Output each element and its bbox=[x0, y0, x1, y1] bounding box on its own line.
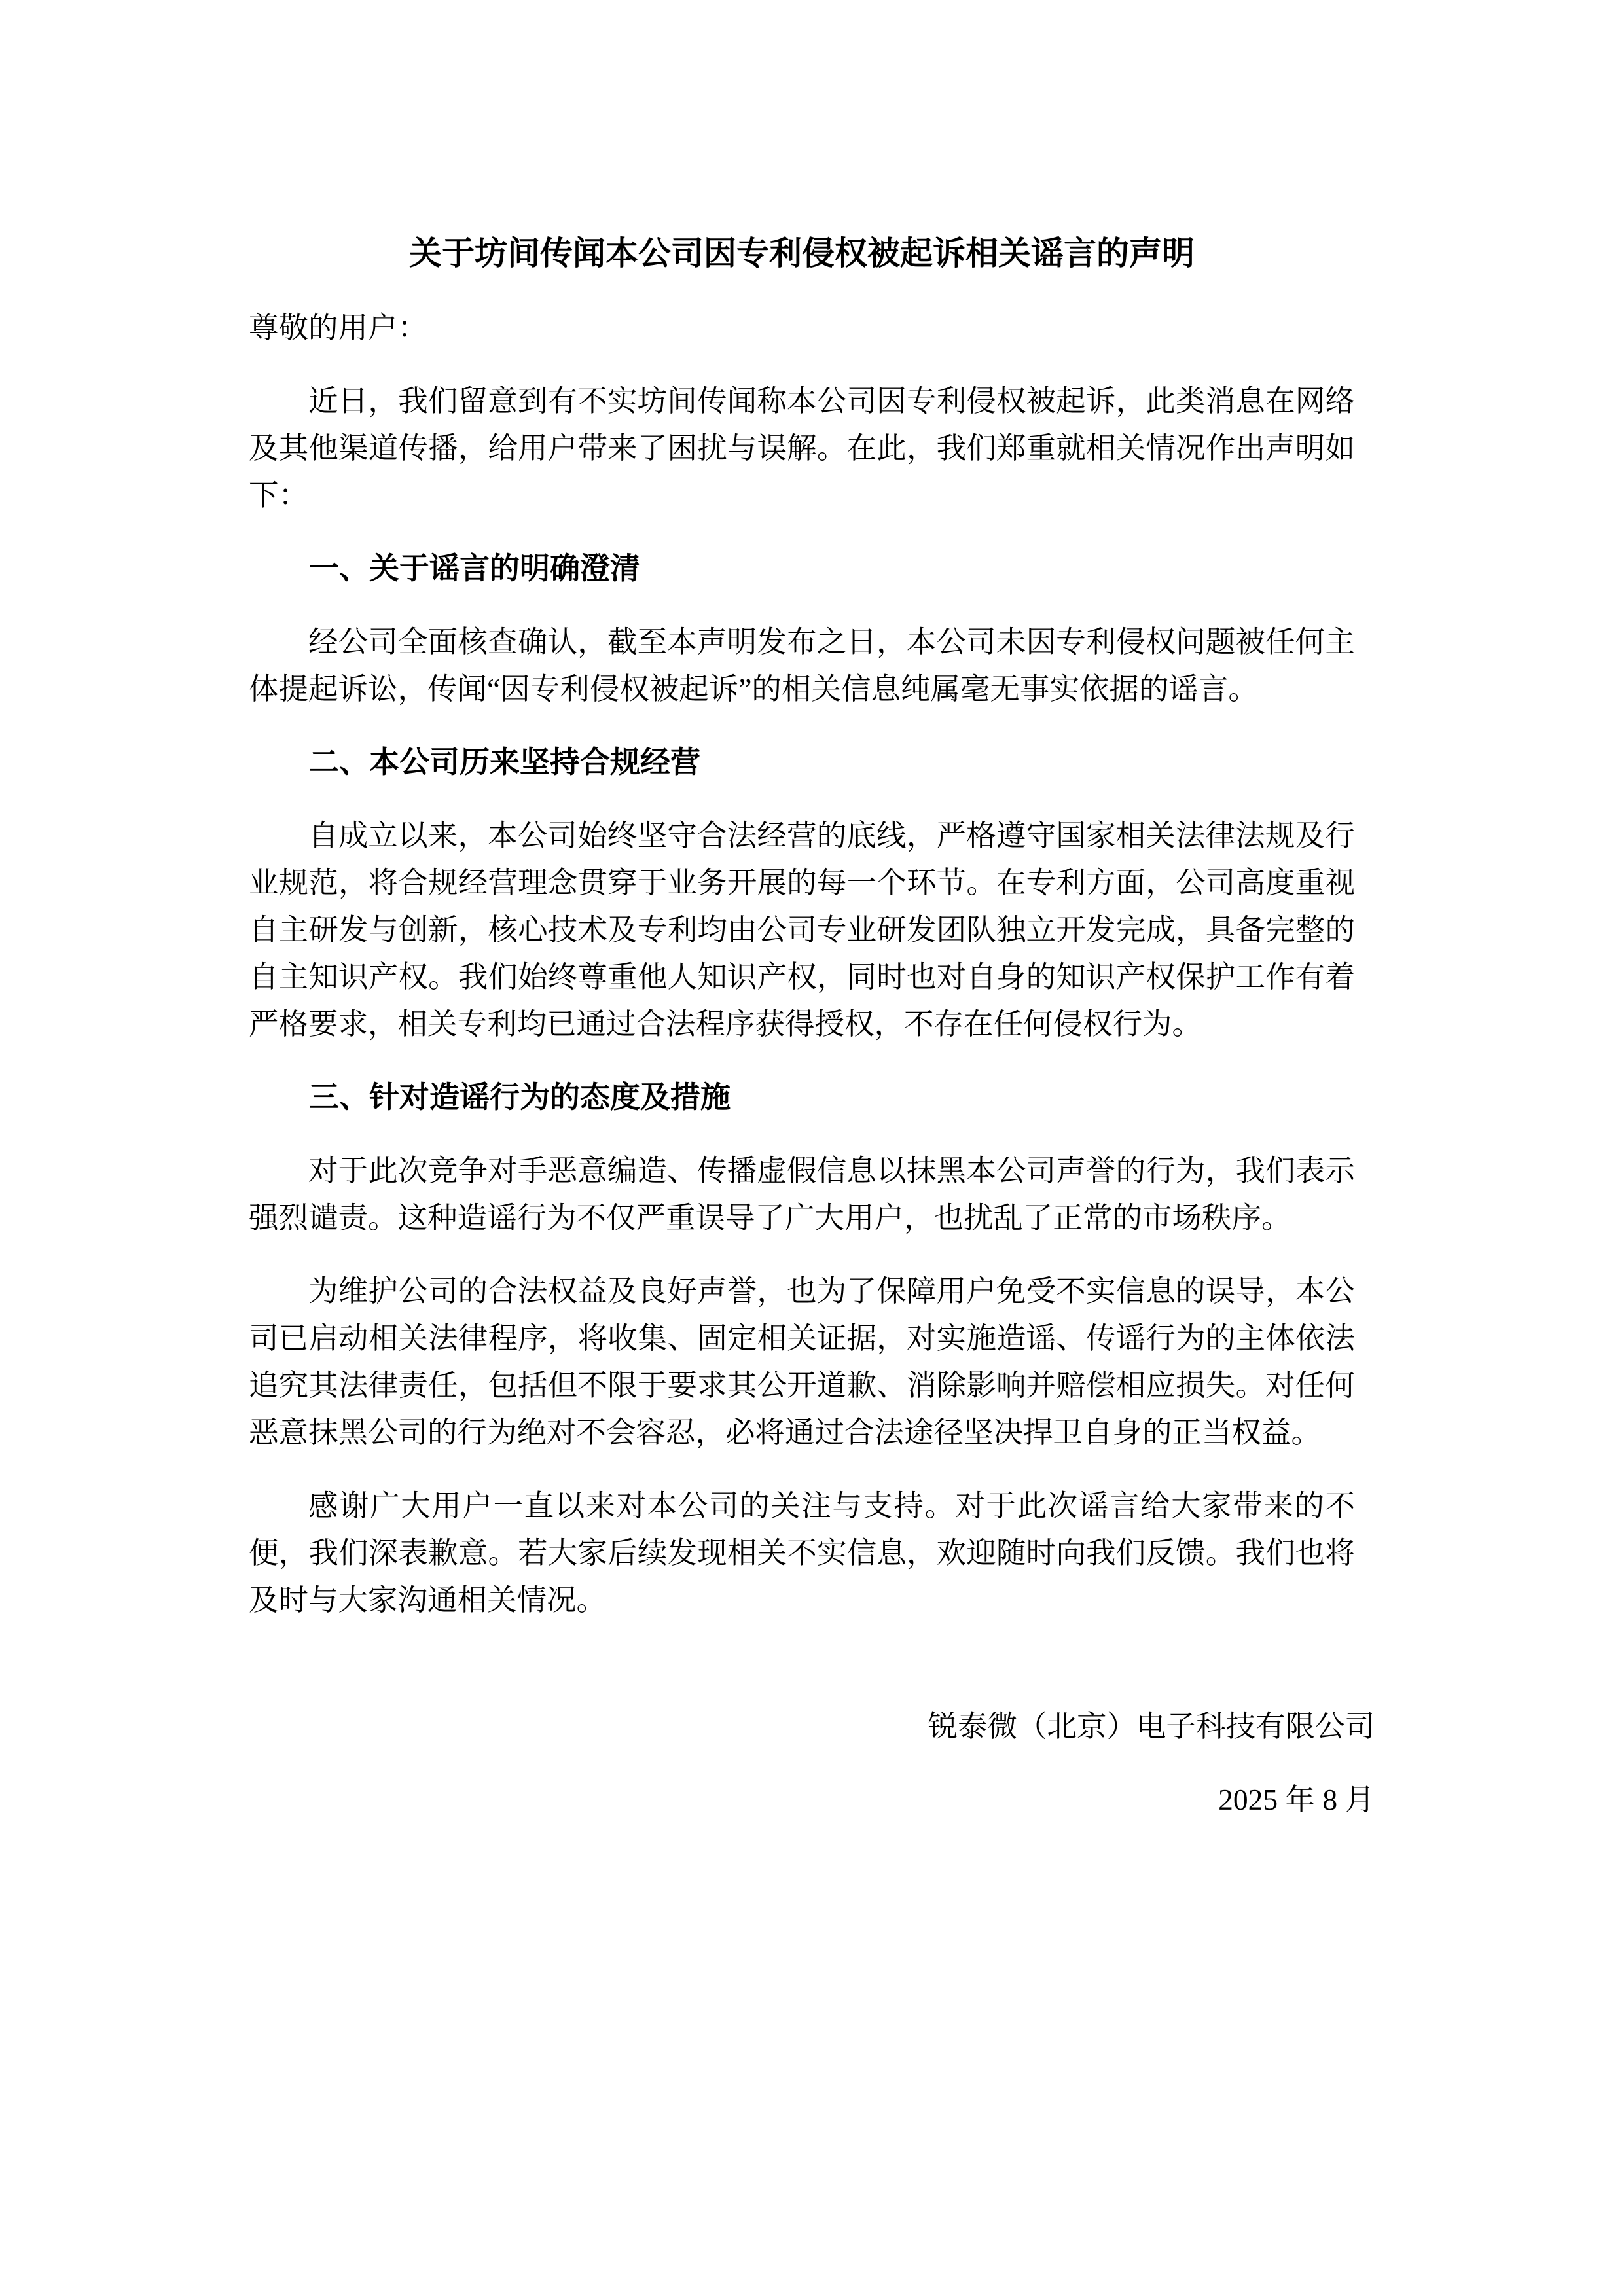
section-1-paragraph-1: 经公司全面核查确认，截至本声明发布之日，本公司未因专利侵权问题被任何主体提起诉讼… bbox=[249, 619, 1355, 713]
signature-date: 2025 年 8 月 bbox=[249, 1776, 1375, 1823]
section-1-heading: 一、关于谣言的明确澄清 bbox=[249, 545, 1355, 592]
signature-block: 锐泰微（北京）电子科技有限公司 2025 年 8 月 bbox=[249, 1703, 1375, 1823]
section-3-paragraph-1: 对于此次竞争对手恶意编造、传播虚假信息以抹黑本公司声誉的行为，我们表示强烈谴责。… bbox=[249, 1147, 1355, 1242]
section-3-heading: 三、针对造谣行为的态度及措施 bbox=[249, 1074, 1355, 1121]
section-2-paragraph-1: 自成立以来，本公司始终坚守合法经营的底线，严格遵守国家相关法律法规及行业规范，将… bbox=[249, 812, 1355, 1048]
document-content: 关于坊间传闻本公司因专利侵权被起诉相关谣言的声明 尊敬的用户： 近日，我们留意到… bbox=[249, 229, 1355, 1823]
section-2-heading: 二、本公司历来坚持合规经营 bbox=[249, 739, 1355, 786]
intro-paragraph: 近日，我们留意到有不实坊间传闻称本公司因专利侵权被起诉，此类消息在网络及其他渠道… bbox=[249, 378, 1355, 519]
salutation: 尊敬的用户： bbox=[249, 304, 1355, 351]
page-title: 关于坊间传闻本公司因专利侵权被起诉相关谣言的声明 bbox=[249, 229, 1355, 278]
signature-company: 锐泰微（北京）电子科技有限公司 bbox=[249, 1703, 1375, 1750]
section-3-paragraph-2: 为维护公司的合法权益及良好声誉，也为了保障用户免受不实信息的误导，本公司已启动相… bbox=[249, 1268, 1355, 1456]
document-page: 关于坊间传闻本公司因专利侵权被起诉相关谣言的声明 尊敬的用户： 近日，我们留意到… bbox=[0, 0, 1624, 2296]
section-3-paragraph-3: 感谢广大用户一直以来对本公司的关注与支持。对于此次谣言给大家带来的不便，我们深表… bbox=[249, 1482, 1355, 1624]
